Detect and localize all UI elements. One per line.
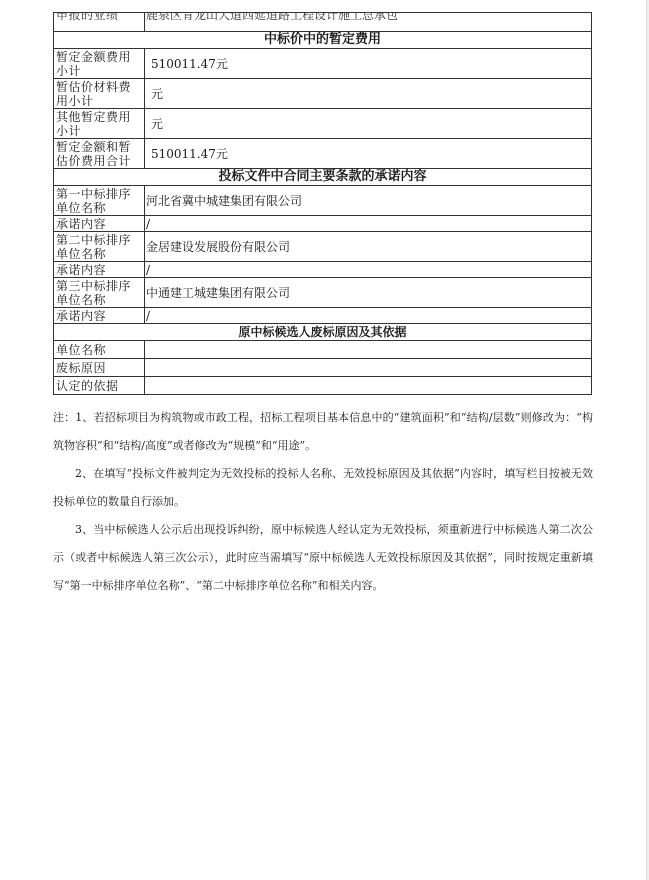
table-row: 第三中标排序单位名称 中通建工城建集团有限公司 [54,278,592,308]
row-label: 暂定金额和暂估价费用合计 [54,139,145,169]
table-row: 承诺内容 / [54,262,592,278]
row-label: 第三中标排序单位名称 [54,278,145,308]
section-title: 原中标候选人废标原因及其依据 [54,324,592,341]
note-3: 3、当中标候选人公示后出现投诉纠纷，原中标候选人经认定为无效投标，须重新进行中标… [53,516,593,600]
row-value: 元 [145,79,592,109]
row-value: / [145,216,592,232]
row-value: / [145,262,592,278]
row-label: 其他暂定费用小计 [54,109,145,139]
note-2: 2、在填写“投标文件被判定为无效投标的投标人名称、无效投标原因及其依据”内容时，… [53,460,593,516]
table-row: 第二中标排序单位名称 金居建设发展股份有限公司 [54,232,592,262]
section-title: 投标文件中合同主要条款的承诺内容 [54,169,592,186]
row-label: 第一中标排序单位名称 [54,186,145,216]
performance-value: 鹿泉区青龙山大道西延道路工程设计施工总承包 [145,13,592,32]
table-row: 第一中标排序单位名称 河北省冀中城建集团有限公司 [54,186,592,216]
table-row: 其他暂定费用小计 元 [54,109,592,139]
table-row: 承诺内容 / [54,216,592,232]
row-value: 元 [145,109,592,139]
row-label: 废标原因 [54,359,145,377]
table-row-performance: 申报的业绩 鹿泉区青龙山大道西延道路工程设计施工总承包 [54,13,592,32]
table-row: 废标原因 [54,359,592,377]
table-row: 单位名称 [54,341,592,359]
row-value: / [145,308,592,324]
row-value: 河北省冀中城建集团有限公司 [145,186,592,216]
performance-value-text: 鹿泉区青龙山大道西延道路工程设计施工总承包 [146,13,398,23]
row-label: 承诺内容 [54,216,145,232]
row-value: 中通建工城建集团有限公司 [145,278,592,308]
section-header-contract-commitments: 投标文件中合同主要条款的承诺内容 [54,169,592,186]
table-row: 暂定金额费用小计 510011.47元 [54,49,592,79]
row-value [145,341,592,359]
row-label: 承诺内容 [54,308,145,324]
section-header-disqualification: 原中标候选人废标原因及其依据 [54,324,592,341]
bid-result-table: 申报的业绩 鹿泉区青龙山大道西延道路工程设计施工总承包 中标价中的暂定费用 暂定… [53,12,592,395]
table-row: 承诺内容 / [54,308,592,324]
row-label: 暂估价材料费用小计 [54,79,145,109]
row-value [145,359,592,377]
table-row: 暂定金额和暂估价费用合计 510011.47元 [54,139,592,169]
section-header-provisional-fees: 中标价中的暂定费用 [54,32,592,49]
performance-label-text: 申报的业绩 [56,13,119,23]
note-1: 注：1、若招标项目为构筑物或市政工程，招标工程项目基本信息中的“建筑面积”和“结… [53,404,593,460]
performance-label: 申报的业绩 [54,13,145,32]
row-label: 认定的依据 [54,377,145,395]
row-label: 暂定金额费用小计 [54,49,145,79]
row-label: 第二中标排序单位名称 [54,232,145,262]
row-label: 单位名称 [54,341,145,359]
notes-section: 注：1、若招标项目为构筑物或市政工程，招标工程项目基本信息中的“建筑面积”和“结… [53,404,593,600]
table-row: 暂估价材料费用小计 元 [54,79,592,109]
row-value: 510011.47元 [145,49,592,79]
row-value: 510011.47元 [145,139,592,169]
table-row: 认定的依据 [54,377,592,395]
section-title: 中标价中的暂定费用 [54,32,592,49]
row-label: 承诺内容 [54,262,145,278]
row-value: 金居建设发展股份有限公司 [145,232,592,262]
row-value [145,377,592,395]
